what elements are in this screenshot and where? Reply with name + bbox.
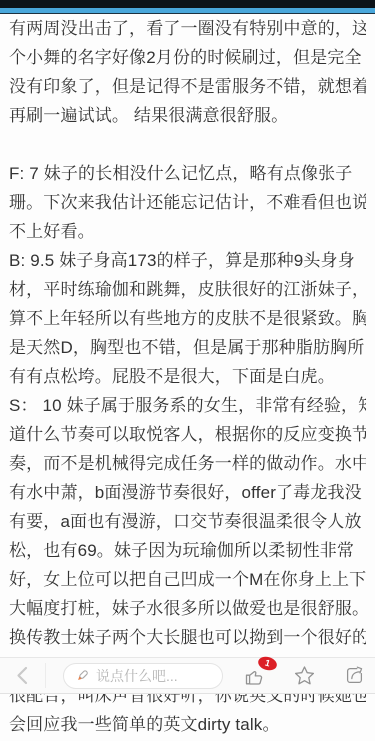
comment-input[interactable] — [96, 668, 214, 684]
share-button[interactable] — [343, 664, 366, 687]
text-line: 会回应我一些简单的英文dirty talk。 — [9, 710, 366, 739]
text-line: 再刷一遍试试。 结果很满意很舒服。 — [9, 101, 366, 130]
article-body: 有两周没出击了，看了一圈没有特别中意的，这个小舞的名字好像2月份的时候刷过，但是… — [0, 14, 375, 739]
text-line: 有两周没出击了，看了一圈没有特别中意的，这 — [9, 14, 366, 43]
status-bar — [0, 0, 375, 8]
text-line: 珊。下次来我估计还能忘记估计，不难看但也说 — [9, 188, 366, 217]
back-button[interactable] — [0, 658, 45, 693]
chevron-left-icon — [14, 665, 31, 686]
share-icon — [343, 664, 366, 687]
text-line: 材，平时练瑜伽和跳舞，皮肤很好的江浙妹子， — [9, 275, 366, 304]
text-line: 不上好看。 — [9, 217, 366, 246]
text-line: 个小舞的名字好像2月份的时候刷过，但是完全 — [9, 43, 366, 72]
text-line: S： 10 妹子属于服务系的女生，非常有经验，知 — [9, 391, 366, 420]
app-screen: 有两周没出击了，看了一圈没有特别中意的，这个小舞的名字好像2月份的时候刷过，但是… — [0, 0, 375, 741]
text-line: 有水中萧，b面漫游节奏很好，offer了毒龙我没 — [9, 478, 366, 507]
favorite-button[interactable] — [292, 664, 317, 688]
text-line: 道什么节奏可以取悦客人，根据你的反应变换节 — [9, 420, 366, 449]
text-line: 算不上年轻所以有些地方的皮肤不是很紧致。胸 — [9, 304, 366, 333]
like-button[interactable]: 1 — [242, 664, 266, 688]
text-line: 松，也有69。妹子因为玩瑜伽所以柔韧性非常 — [9, 536, 366, 565]
comment-input-pill[interactable] — [63, 663, 223, 689]
text-line: 是天然D，胸型也不错，但是属于那种脂肪胸所 — [9, 333, 366, 362]
toolbar-actions: 1 — [242, 664, 375, 688]
text-line — [9, 130, 366, 159]
pencil-icon — [74, 668, 90, 684]
text-line: 大幅度打桩，妹子水很多所以做爱也是很舒服。 — [9, 594, 366, 623]
comment-toolbar: 1 — [0, 657, 375, 694]
text-line: F: 7 妹子的长相没什么记忆点，略有点像张子 — [9, 159, 366, 188]
text-line: 换传教士妹子两个大长腿也可以拗到一个很好的 — [9, 623, 366, 652]
text-line: B: 9.5 妹子身高173的样子，算是那种9头身身 — [9, 246, 366, 275]
text-line: 有有点松垮。屁股不是很大，下面是白虎。 — [9, 362, 366, 391]
star-icon — [292, 664, 317, 688]
text-line: 好，女上位可以把自己凹成一个M在你身上上下 — [9, 565, 366, 594]
text-line: 有要，a面也有漫游，口交节奏很温柔很令人放 — [9, 507, 366, 536]
toolbar-divider — [45, 663, 46, 688]
text-line: 奏，而不是机械得完成任务一样的做动作。水中 — [9, 449, 366, 478]
text-line: 没有印象了，但是记得不是雷服务不错，就想着 — [9, 72, 366, 101]
